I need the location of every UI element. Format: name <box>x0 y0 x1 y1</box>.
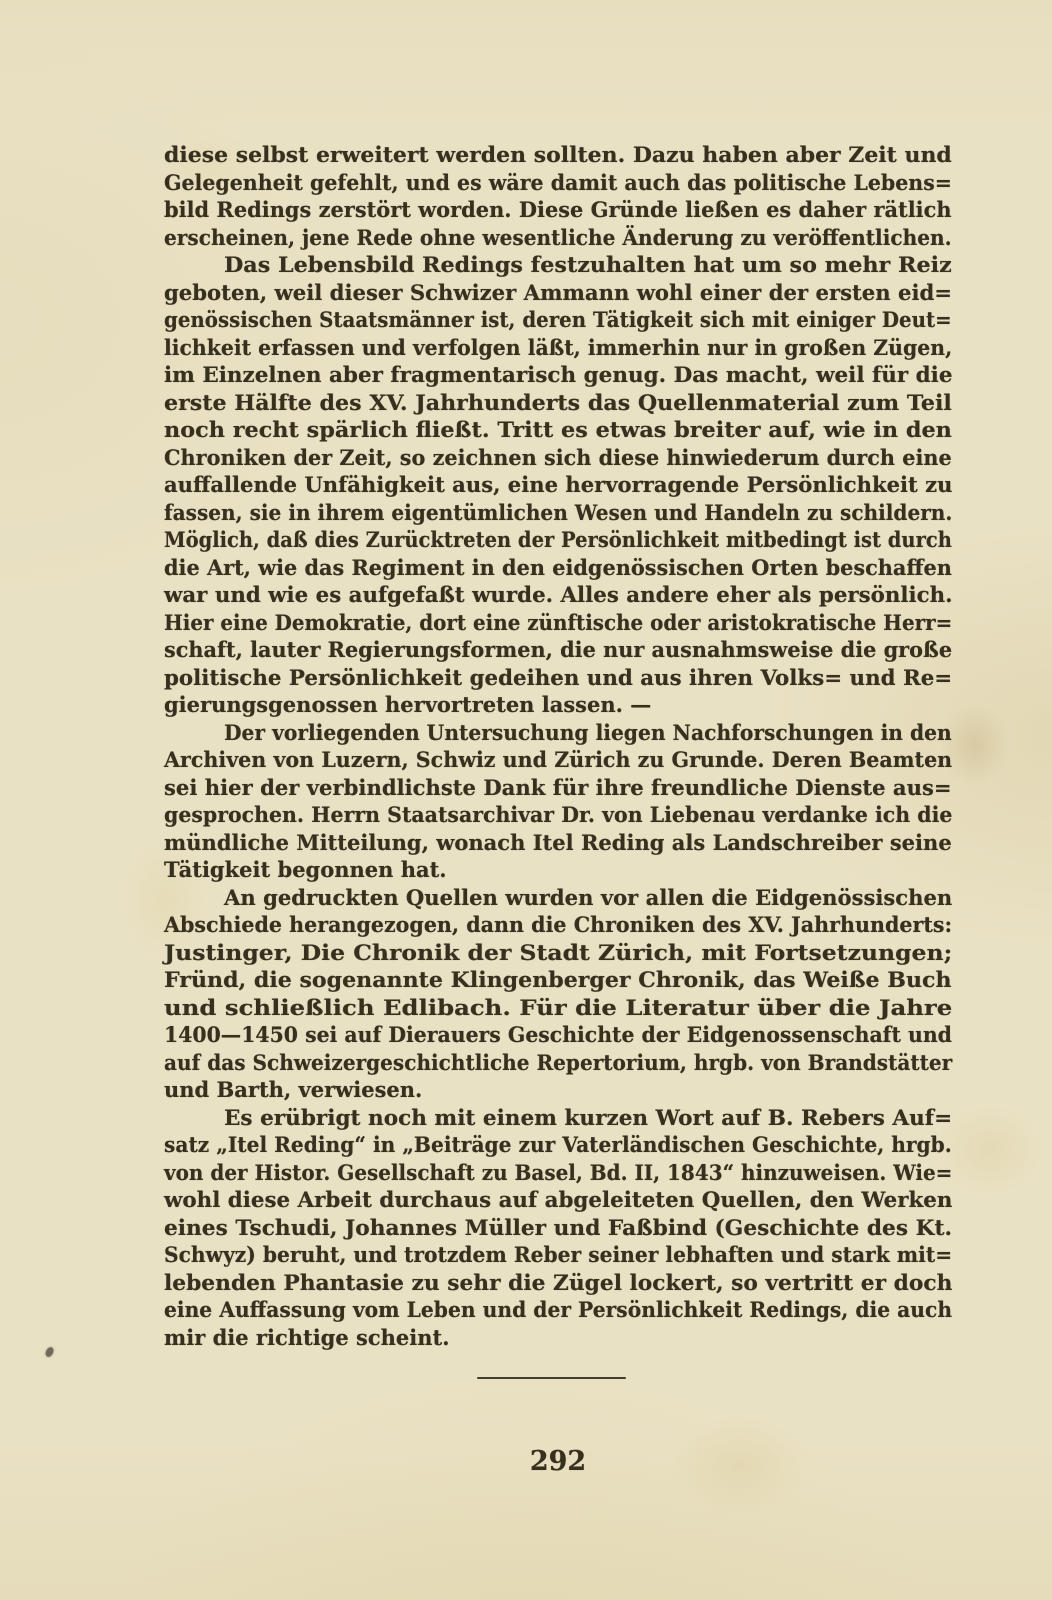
text-line: erscheinen, jene Rede ohne wesentliche Ä… <box>164 224 952 252</box>
text-line: auffallende Unfähigkeit aus, eine hervor… <box>164 471 952 499</box>
text-line: Gelegenheit gefehlt, und es wäre damit a… <box>164 169 952 197</box>
text-block: diese selbst erweitert werden sollten. D… <box>164 141 952 1351</box>
text-line: Abschiede herangezogen, dann die Chronik… <box>164 911 952 939</box>
text-line: bild Redings zerstört worden. Diese Grün… <box>164 196 952 224</box>
text-line: Es erübrigt noch mit einem kurzen Wort a… <box>164 1104 952 1132</box>
text-line: sei hier der verbindlichste Dank für ihr… <box>164 774 952 802</box>
text-line: Chroniken der Zeit, so zeichnen sich die… <box>164 444 952 472</box>
text-line: Tätigkeit begonnen hat. <box>164 856 952 884</box>
text-line: lichkeit erfassen und verfolgen läßt, im… <box>164 334 952 362</box>
text-line: diese selbst erweitert werden sollten. D… <box>164 141 952 169</box>
text-line: und schließlich Edlibach. Für die Litera… <box>164 994 952 1022</box>
text-line: und Barth, verwiesen. <box>164 1076 952 1104</box>
text-line: auf das Schweizergeschichtliche Repertor… <box>164 1049 952 1077</box>
text-line: noch recht spärlich fließt. Tritt es etw… <box>164 416 952 444</box>
text-line: 1400—1450 sei auf Dierauers Geschichte d… <box>164 1021 952 1049</box>
text-line: im Einzelnen aber fragmentarisch genug. … <box>164 361 952 389</box>
text-line: Justinger, Die Chronik der Stadt Zürich,… <box>164 939 952 967</box>
text-line: eines Tschudi, Johannes Müller und Faßbi… <box>164 1214 952 1242</box>
text-line: wohl diese Arbeit durchaus auf abgeleite… <box>164 1186 952 1214</box>
text-line: lebenden Phantasie zu sehr die Zügel loc… <box>164 1269 952 1297</box>
text-line: Der vorliegenden Untersuchung liegen Nac… <box>164 719 952 747</box>
text-line: eine Auffassung vom Leben und der Persön… <box>164 1296 952 1324</box>
text-line: schaft, lauter Regierungsformen, die nur… <box>164 636 952 664</box>
text-line: erste Hälfte des XV. Jahrhunderts das Qu… <box>164 389 952 417</box>
text-line: satz „Itel Reding“ in „Beiträge zur Vate… <box>164 1131 952 1159</box>
text-line: von der Histor. Gesellschaft zu Basel, B… <box>164 1159 952 1187</box>
text-line: Das Lebensbild Redings festzuhalten hat … <box>164 251 952 279</box>
text-line: genössischen Staatsmänner ist, deren Tät… <box>164 306 952 334</box>
section-divider <box>477 1377 626 1379</box>
text-line: An gedruckten Quellen wurden vor allen d… <box>164 884 952 912</box>
text-line: gesprochen. Herrn Staatsarchivar Dr. von… <box>164 801 952 829</box>
ink-speck <box>45 1346 55 1358</box>
paragraph: Der vorliegenden Untersuchung liegen Nac… <box>164 719 952 884</box>
text-line: geboten, weil dieser Schwizer Ammann woh… <box>164 279 952 307</box>
text-line: mündliche Mitteilung, wonach Itel Reding… <box>164 829 952 857</box>
text-line: politische Persönlichkeit gedeihen und a… <box>164 664 952 692</box>
text-line: gierungsgenossen hervortreten lassen. — <box>164 691 952 719</box>
paragraph: diese selbst erweitert werden sollten. D… <box>164 141 952 251</box>
text-line: Archiven von Luzern, Schwiz und Zürich z… <box>164 746 952 774</box>
text-line: die Art, wie das Regiment in den eidgenö… <box>164 554 952 582</box>
text-line: Hier eine Demokratie, dort eine zünftisc… <box>164 609 952 637</box>
text-line: Schwyz) beruht, und trotzdem Reber seine… <box>164 1241 952 1269</box>
paragraph: Es erübrigt noch mit einem kurzen Wort a… <box>164 1104 952 1352</box>
text-line: mir die richtige scheint. <box>164 1324 952 1352</box>
text-line: Fründ, die sogenannte Klingenberger Chro… <box>164 966 952 994</box>
scanned-page: diese selbst erweitert werden sollten. D… <box>0 0 1052 1600</box>
page-number: 292 <box>164 1446 952 1477</box>
paragraph: Das Lebensbild Redings festzuhalten hat … <box>164 251 952 719</box>
text-line: fassen, sie in ihrem eigentümlichen Wese… <box>164 499 952 527</box>
paragraph: An gedruckten Quellen wurden vor allen d… <box>164 884 952 1104</box>
text-line: war und wie es aufgefaßt wurde. Alles an… <box>164 581 952 609</box>
text-line: Möglich, daß dies Zurücktreten der Persö… <box>164 526 952 554</box>
